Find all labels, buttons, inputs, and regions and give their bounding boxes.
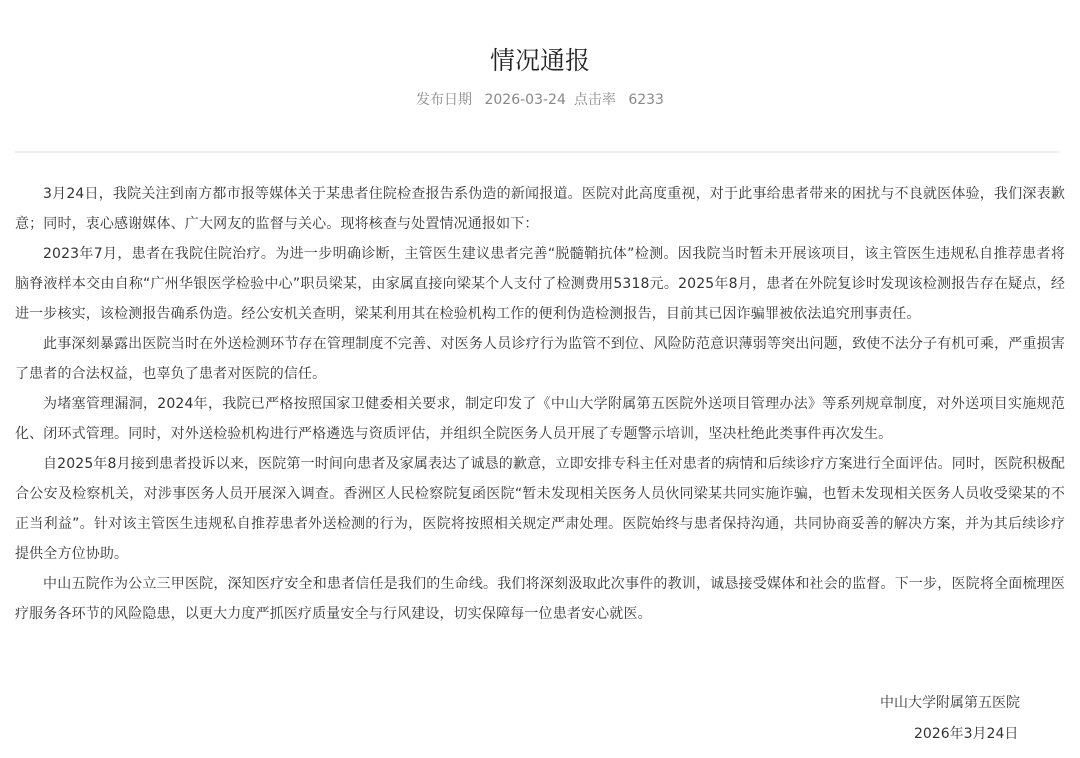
signature-date: 2026年3月24日	[914, 721, 1018, 747]
article-body: 3月24日，我院关注到南方都市报等媒体关于某患者住院检查报告系伪造的新闻报道。医…	[15, 179, 1065, 629]
paragraph-intro: 3月24日，我院关注到南方都市报等媒体关于某患者住院检查报告系伪造的新闻报道。医…	[15, 179, 1065, 239]
publish-date-info: 发布日期 2026-03-24	[416, 92, 566, 108]
paragraph-problems: 此事深刻暴露出医院当时在外送检测环节存在管理制度不完善、对医务人员诊疗行为监管不…	[15, 329, 1065, 389]
view-count-value: 6233	[628, 92, 664, 108]
view-count-info: 点击率 6233	[574, 92, 664, 108]
article-title: 情况通报	[0, 44, 1080, 78]
header-divider	[15, 151, 1060, 153]
paragraph-incident: 2023年7月，患者在我院住院治疗。为进一步明确诊断，主管医生建议患者完善“脱髓…	[15, 239, 1065, 329]
view-count-label: 点击率	[574, 92, 616, 108]
paragraph-handling: 自2025年8月接到患者投诉以来，医院第一时间向患者及家属表达了诚恳的歉意，立即…	[15, 449, 1065, 569]
publish-date-label: 发布日期	[416, 92, 472, 108]
signature-organization: 中山大学附属第五医院	[880, 690, 1020, 716]
paragraph-commitment: 中山五院作为公立三甲医院，深知医疗安全和患者信任是我们的生命线。我们将深刻汲取此…	[15, 569, 1065, 629]
paragraph-measures: 为堵塞管理漏洞，2024年，我院已严格按照国家卫健委相关要求，制定印发了《中山大…	[15, 389, 1065, 449]
publish-date-value: 2026-03-24	[484, 92, 565, 108]
article-meta: 发布日期 2026-03-24点击率 6233	[0, 89, 1080, 111]
